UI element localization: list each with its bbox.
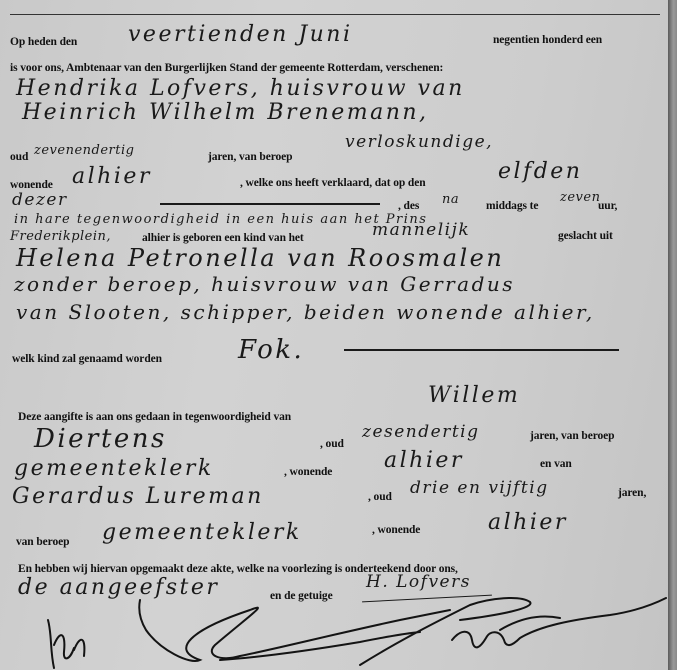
hw-sex: mannelijk <box>372 220 470 240</box>
printed-geboren: alhier is geboren een kind van het <box>142 232 304 244</box>
printed-ambtenaar: is voor ons, Ambtenaar van den Burgerlij… <box>10 62 443 74</box>
printed-en-van: en van <box>540 458 572 470</box>
hw-na: na <box>442 192 459 207</box>
hw-declarant: Hendrika Lofvers, huisvrouw van <box>16 76 465 101</box>
hw-witness2-name: Gerardus Lureman <box>12 484 264 509</box>
hw-witness1-first: Willem <box>428 383 520 408</box>
printed-oud-3: , oud <box>368 491 392 503</box>
hw-spouse: Heinrich Wilhelm Brenemann, <box>22 100 429 125</box>
hw-mother-detail: zonder beroep, huisvrouw van Gerradus <box>14 272 515 296</box>
printed-oud: oud <box>10 151 28 163</box>
printed-geslacht: geslacht uit <box>558 230 613 242</box>
hw-residence: alhier <box>72 164 152 189</box>
hw-birth-place-2: Frederikplein, <box>10 229 111 244</box>
hw-witness1-last: Diertens <box>34 424 167 454</box>
signature-strokes <box>0 590 668 670</box>
hw-birth-day: elfden <box>498 159 582 184</box>
hw-witness2-age: drie en vijftig <box>410 478 549 498</box>
blank-line <box>160 203 380 205</box>
printed-wonende-3: , wonende <box>372 524 420 536</box>
hw-witness1-residence: alhier <box>384 448 464 473</box>
printed-jaren-beroep: jaren, van beroep <box>208 151 292 163</box>
page-edge <box>668 0 677 670</box>
printed-verklaard: , welke ons heeft verklaard, dat op den <box>240 177 426 189</box>
top-rule <box>10 14 660 15</box>
printed-wonende-2: , wonende <box>284 466 332 478</box>
hw-witness1-age: zesendertig <box>362 422 479 442</box>
hw-child-name: Fok. <box>238 335 304 365</box>
printed-aangifte: Deze aangifte is aan ons gedaan in tegen… <box>18 411 291 423</box>
hw-witness2-profession: gemeenteklerk <box>102 520 302 545</box>
printed-year: negentien honderd een <box>493 34 602 46</box>
printed-jaren-2: jaren, <box>618 487 646 499</box>
hw-signature-lofvers: H. Lofvers <box>366 572 471 592</box>
printed-jaren-beroep-2: jaren, van beroep <box>530 430 614 442</box>
blank-line <box>344 349 619 351</box>
printed-uur: uur, <box>598 200 617 212</box>
hw-mother: Helena Petronella van Roosmalen <box>16 244 504 272</box>
hw-witness1-profession: gemeenteklerk <box>14 456 214 481</box>
printed-op-heden: Op heden den <box>10 36 77 48</box>
hw-witness2-residence: alhier <box>488 510 568 535</box>
printed-genaamd: welk kind zal genaamd worden <box>12 353 162 365</box>
hw-date: veertienden Juni <box>128 22 353 47</box>
printed-van-beroep: van beroep <box>16 536 69 548</box>
hw-birth-place-1: in hare tegenwoordigheid in een huis aan… <box>14 212 427 227</box>
hw-father-detail: van Slooten, schipper, beiden wonende al… <box>16 300 595 324</box>
hw-birth-month: dezer <box>12 190 68 210</box>
certificate-page: Op heden den veertienden Juni negentien … <box>0 0 668 670</box>
printed-des: , des <box>398 200 419 212</box>
printed-middags: middags te <box>486 200 538 212</box>
hw-profession: verloskundige, <box>345 132 493 152</box>
hw-hour: zeven <box>560 190 600 205</box>
hw-age: zevenendertig <box>34 143 134 158</box>
printed-oud-2: , oud <box>320 438 344 450</box>
